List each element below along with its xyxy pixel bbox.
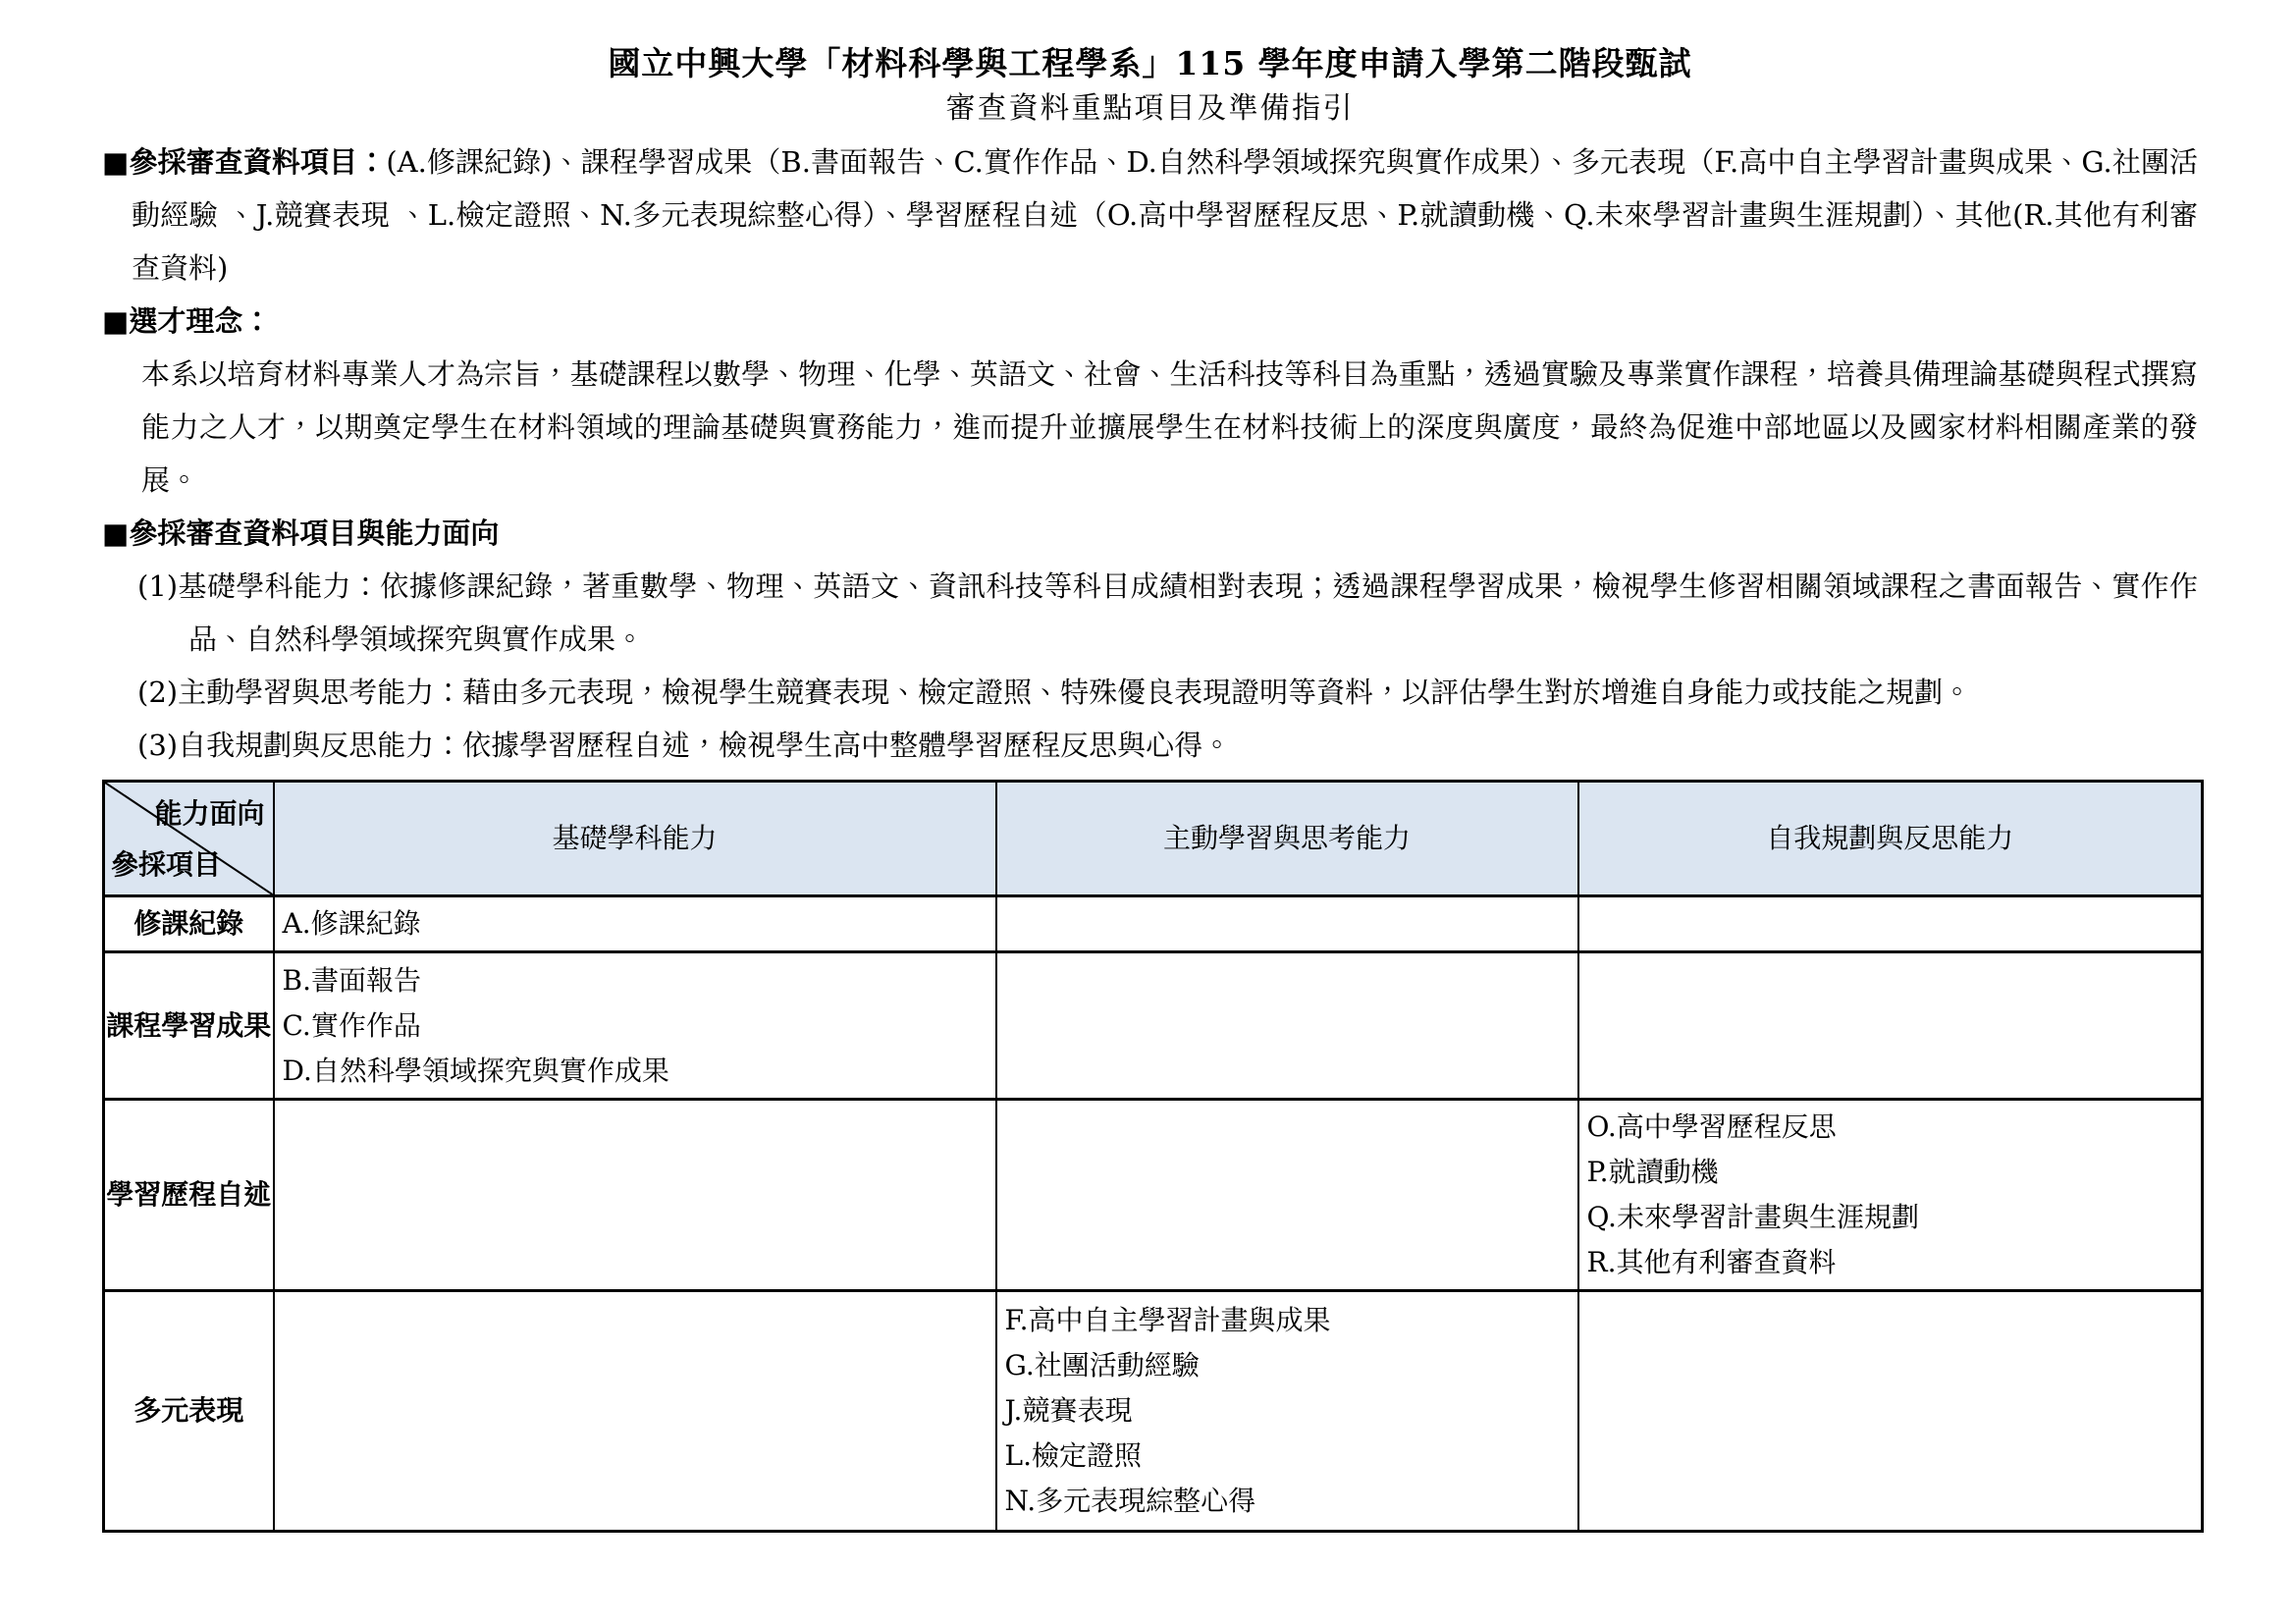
- cell-item: G.社團活動經驗: [1005, 1343, 1572, 1388]
- row-label: 課程學習成果: [104, 952, 274, 1100]
- cell-item: O.高中學習歷程反思: [1587, 1105, 2196, 1150]
- philosophy-heading: ■選才理念：: [102, 295, 2198, 348]
- review-items-heading: ■參採審查資料項目：: [102, 145, 386, 179]
- dimensions-heading: ■參採審查資料項目與能力面向: [102, 507, 2198, 560]
- dimension-item-3: (3)自我規劃與反思能力：依據學習歷程自述，檢視學生高中整體學習歷程反思與心得。: [137, 719, 2198, 772]
- cell-item: R.其他有利審查資料: [1587, 1240, 2196, 1285]
- row-label: 修課紀錄: [104, 896, 274, 952]
- cell-empty: [1578, 1291, 2203, 1532]
- table-row-course-outcomes: 課程學習成果 B.書面報告 C.實作作品 D.自然科學領域探究與實作成果: [104, 952, 2203, 1100]
- cell-item: B.書面報告: [283, 958, 989, 1003]
- cell-item: L.檢定證照: [1005, 1434, 1572, 1479]
- cell-item: N.多元表現綜整心得: [1005, 1479, 1572, 1524]
- cell: A.修課紀錄: [274, 896, 996, 952]
- row-label: 多元表現: [104, 1291, 274, 1532]
- cell-empty: [274, 1291, 996, 1532]
- dimension-item-1: (1)基礎學科能力：依據修課紀錄，著重數學、物理、英語文、資訊科技等科目成績相對…: [137, 560, 2198, 666]
- column-header-active-learning: 主動學習與思考能力: [996, 782, 1578, 896]
- review-items-paragraph: ■參採審查資料項目：(A.修課紀錄)、課程學習成果（B.書面報告、C.實作作品、…: [102, 135, 2198, 295]
- cell-item: P.就讀動機: [1587, 1150, 2196, 1195]
- philosophy-text: 本系以培育材料專業人才為宗旨，基礎課程以數學、物理、化學、英語文、社會、生活科技…: [141, 348, 2198, 507]
- corner-cell: 能力面向 參採項目: [104, 782, 274, 896]
- cell: B.書面報告 C.實作作品 D.自然科學領域探究與實作成果: [274, 952, 996, 1100]
- cell-item: C.實作作品: [283, 1003, 989, 1049]
- cell: F.高中自主學習計畫與成果 G.社團活動經驗 J.競賽表現 L.檢定證照 N.多…: [996, 1291, 1578, 1532]
- column-header-basic-academic: 基礎學科能力: [274, 782, 996, 896]
- table-row-diverse-performance: 多元表現 F.高中自主學習計畫與成果 G.社團活動經驗 J.競賽表現 L.檢定證…: [104, 1291, 2203, 1532]
- table-row-learning-portfolio: 學習歷程自述 O.高中學習歷程反思 P.就讀動機 Q.未來學習計畫與生涯規劃 R…: [104, 1100, 2203, 1291]
- column-header-self-planning: 自我規劃與反思能力: [1578, 782, 2203, 896]
- cell-empty: [996, 896, 1578, 952]
- criteria-matrix-table: 能力面向 參採項目 基礎學科能力 主動學習與思考能力 自我規劃與反思能力 修課紀…: [102, 780, 2204, 1533]
- corner-label-items: 參採項目: [111, 849, 221, 881]
- cell-item: A.修課紀錄: [283, 901, 989, 947]
- table-row-course-record: 修課紀錄 A.修課紀錄: [104, 896, 2203, 952]
- cell-empty: [274, 1100, 996, 1291]
- cell-empty: [996, 952, 1578, 1100]
- cell-empty: [1578, 896, 2203, 952]
- cell-item: F.高中自主學習計畫與成果: [1005, 1298, 1572, 1343]
- cell-item: D.自然科學領域探究與實作成果: [283, 1049, 989, 1094]
- document-page: 國立中興大學「材料科學與工程學系」115 學年度申請入學第二階段甄試 審查資料重…: [0, 0, 2296, 1624]
- cell-empty: [1578, 952, 2203, 1100]
- corner-label-ability: 能力面向: [154, 798, 264, 830]
- dimension-item-2: (2)主動學習與思考能力：藉由多元表現，檢視學生競賽表現、檢定證照、特殊優良表現…: [137, 666, 2198, 719]
- document-title: 國立中興大學「材料科學與工程學系」115 學年度申請入學第二階段甄試: [102, 41, 2198, 86]
- cell: O.高中學習歷程反思 P.就讀動機 Q.未來學習計畫與生涯規劃 R.其他有利審查…: [1578, 1100, 2203, 1291]
- cell-item: Q.未來學習計畫與生涯規劃: [1587, 1195, 2196, 1240]
- row-label: 學習歷程自述: [104, 1100, 274, 1291]
- document-subtitle: 審查資料重點項目及準備指引: [102, 86, 2198, 132]
- cell-empty: [996, 1100, 1578, 1291]
- table-header-row: 能力面向 參採項目 基礎學科能力 主動學習與思考能力 自我規劃與反思能力: [104, 782, 2203, 896]
- cell-item: J.競賽表現: [1005, 1388, 1572, 1434]
- review-items-text: (A.修課紀錄)、課程學習成果（B.書面報告、C.實作作品、D.自然科學領域探究…: [132, 145, 2198, 285]
